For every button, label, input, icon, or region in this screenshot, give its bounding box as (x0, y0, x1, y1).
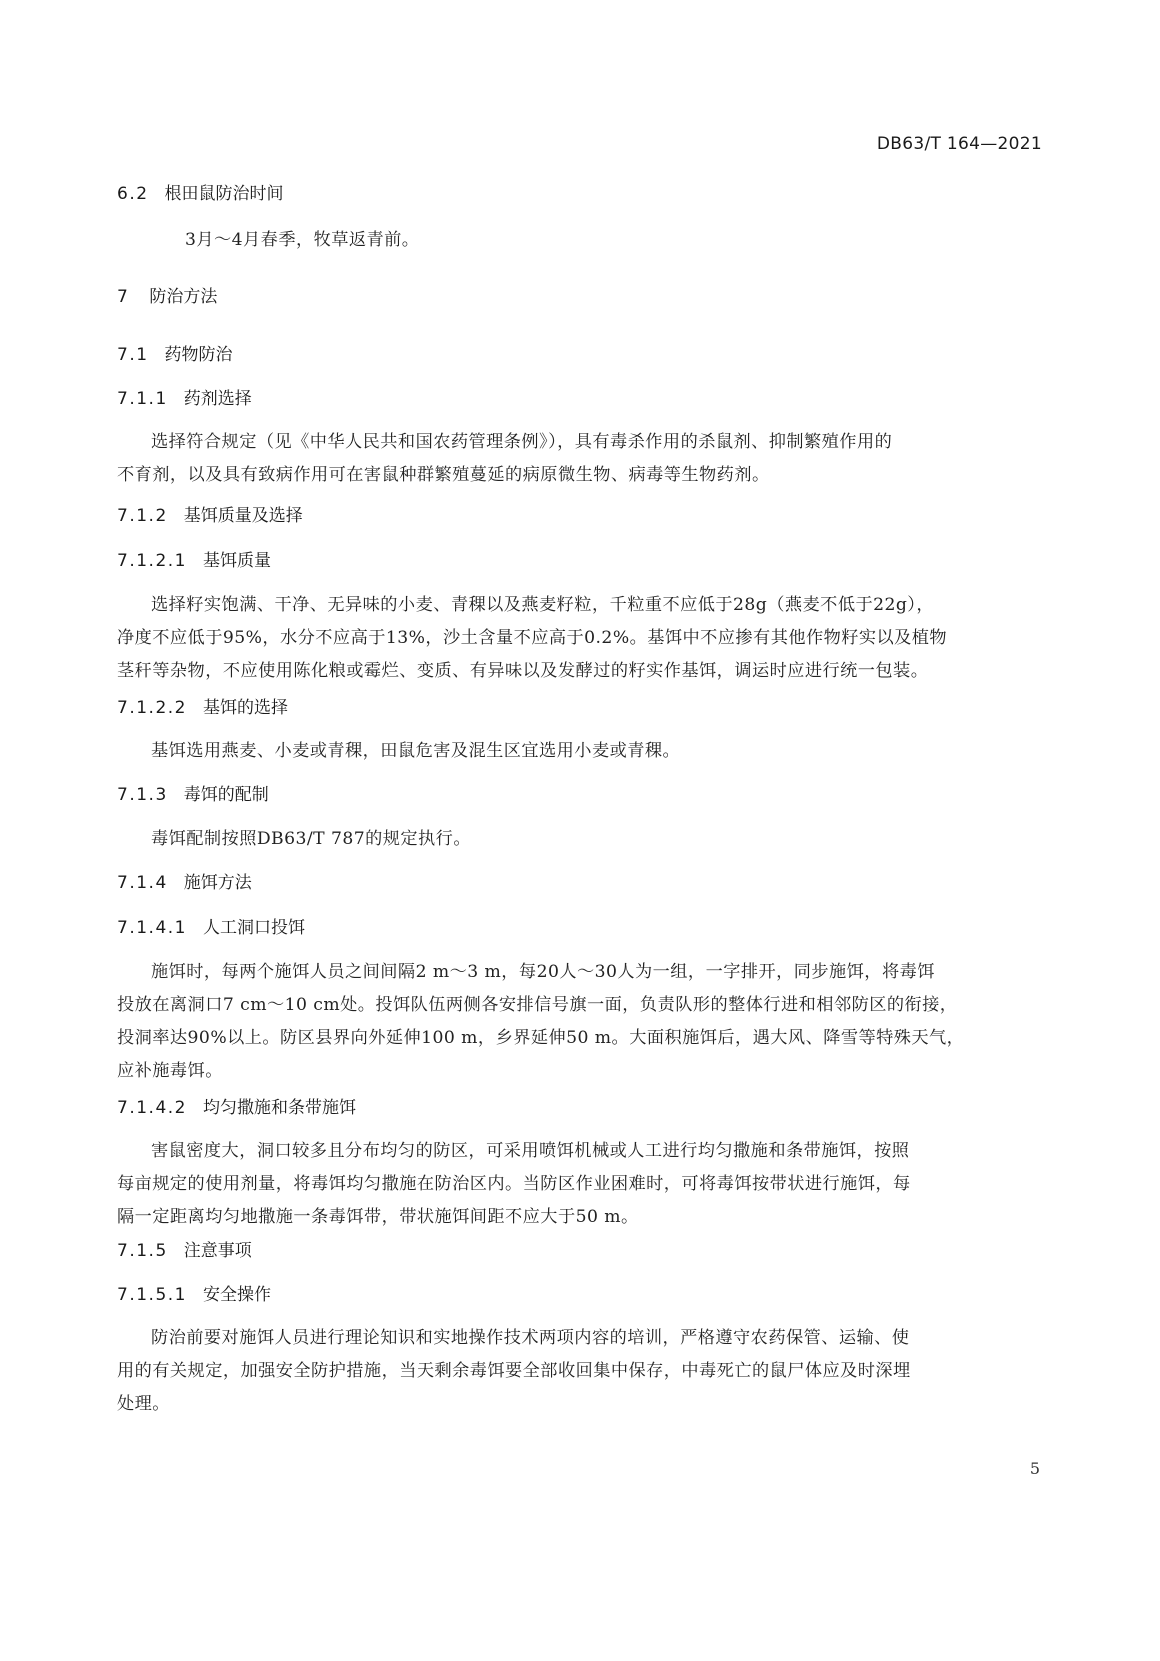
section-7-1-5-1: 7.1.5.1安全操作 (117, 1283, 1043, 1307)
section-title: 毒饵的配制 (184, 785, 269, 805)
section-7-1-4-2-paragraph: 害鼠密度大，洞口较多且分布均匀的防区，可采用喷饵机械或人工进行均匀撒施和条带施饵… (117, 1135, 1043, 1234)
paragraph-line: 净度不应低于95%，水分不应高于13%，沙土含量不应高于0.2%。基饵中不应掺有… (117, 622, 1043, 655)
section-heading: 7.1药物防治 (117, 343, 1043, 367)
paragraph-line: 用的有关规定，加强安全防护措施，当天剩余毒饵要全部收回集中保存，中毒死亡的鼠尸体… (117, 1355, 1043, 1388)
section-7-1-5-1-paragraph: 防治前要对施饵人员进行理论知识和实地操作技术两项内容的培训，严格遵守农药保管、运… (117, 1322, 1043, 1421)
paragraph-line: 基饵选用燕麦、小麦或青稞，田鼠危害及混生区宜选用小麦或青稞。 (117, 735, 1043, 768)
section-7-1-4-1-paragraph: 施饵时，每两个施饵人员之间间隔2 m～3 m，每20人～30人为一组，一字排开，… (117, 956, 1043, 1088)
section-7-1-3: 7.1.3毒饵的配制 (117, 783, 1043, 807)
section-7-1-4-1: 7.1.4.1人工洞口投饵 (117, 916, 1043, 940)
paragraph-line: 选择符合规定（见《中华人民共和国农药管理条例》），具有毒杀作用的杀鼠剂、抑制繁殖… (117, 426, 1043, 459)
section-number: 6.2 (117, 182, 149, 206)
section-heading: 7.1.2基饵质量及选择 (117, 504, 1043, 528)
paragraph-line: 投洞率达90%以上。防区县界向外延伸100 m，乡界延伸50 m。大面积施饵后，… (117, 1022, 1043, 1055)
section-number: 7.1.4 (117, 871, 168, 895)
section-number: 7.1.2.2 (117, 696, 187, 720)
section-7-1-2: 7.1.2基饵质量及选择 (117, 504, 1043, 528)
section-title: 药物防治 (165, 345, 233, 365)
section-heading: 7.1.3毒饵的配制 (117, 783, 1043, 807)
section-title: 均匀撒施和条带施饵 (203, 1098, 356, 1118)
section-title: 防治方法 (149, 287, 217, 307)
section-heading: 7.1.4.2均匀撒施和条带施饵 (117, 1096, 1043, 1120)
section-number: 7.1.2.1 (117, 549, 187, 573)
section-title: 人工洞口投饵 (203, 918, 305, 938)
section-7: 7防治方法 (117, 285, 1043, 309)
section-6-2-paragraph: 3月～4月春季，牧草返青前。 (117, 224, 1043, 257)
section-7-1-2-1-paragraph: 选择籽实饱满、干净、无异味的小麦、青稞以及燕麦籽粒，千粒重不应低于28g（燕麦不… (117, 589, 1043, 688)
section-number: 7.1.1 (117, 387, 168, 411)
paragraph-line: 茎秆等杂物，不应使用陈化粮或霉烂、变质、有异味以及发酵过的籽实作基饵，调运时应进… (117, 655, 1043, 688)
section-number: 7.1.2 (117, 504, 168, 528)
section-title: 药剂选择 (184, 389, 252, 409)
paragraph-line: 防治前要对施饵人员进行理论知识和实地操作技术两项内容的培训，严格遵守农药保管、运… (117, 1322, 1043, 1355)
section-number: 7.1.5.1 (117, 1283, 187, 1307)
paragraph-line: 毒饵配制按照DB63/T 787的规定执行。 (117, 823, 1043, 856)
section-title: 安全操作 (203, 1285, 271, 1305)
section-number: 7.1.5 (117, 1239, 168, 1263)
section-7-1: 7.1药物防治 (117, 343, 1043, 367)
section-7-1-2-1: 7.1.2.1基饵质量 (117, 549, 1043, 573)
section-heading: 7防治方法 (117, 285, 1043, 309)
paragraph-line: 投放在离洞口7 cm～10 cm处。投饵队伍两侧各安排信号旗一面，负责队形的整体… (117, 989, 1043, 1022)
section-7-1-4-2: 7.1.4.2均匀撒施和条带施饵 (117, 1096, 1043, 1120)
section-title: 施饵方法 (184, 873, 252, 893)
section-number: 7.1.4.2 (117, 1096, 187, 1120)
document-code-header: DB63/T 164—2021 (877, 134, 1042, 154)
section-title: 根田鼠防治时间 (165, 184, 284, 204)
paragraph-line: 处理。 (117, 1388, 1043, 1421)
section-heading: 7.1.5注意事项 (117, 1239, 1043, 1263)
paragraph-line: 应补施毒饵。 (117, 1055, 1043, 1088)
section-7-1-4: 7.1.4施饵方法 (117, 871, 1043, 895)
section-7-1-5: 7.1.5注意事项 (117, 1239, 1043, 1263)
paragraph-line: 每亩规定的使用剂量，将毒饵均匀撒施在防治区内。当防区作业困难时，可将毒饵按带状进… (117, 1168, 1043, 1201)
paragraph-line: 3月～4月春季，牧草返青前。 (117, 224, 1043, 257)
section-7-1-3-paragraph: 毒饵配制按照DB63/T 787的规定执行。 (117, 823, 1043, 856)
section-heading: 7.1.2.1基饵质量 (117, 549, 1043, 573)
page-number: 5 (1030, 1459, 1040, 1478)
section-title: 基饵质量及选择 (184, 506, 303, 526)
section-heading: 7.1.4施饵方法 (117, 871, 1043, 895)
paragraph-line: 施饵时，每两个施饵人员之间间隔2 m～3 m，每20人～30人为一组，一字排开，… (117, 956, 1043, 989)
section-heading: 6.2根田鼠防治时间 (117, 182, 1043, 206)
section-6-2: 6.2根田鼠防治时间 (117, 182, 1043, 206)
section-number: 7.1 (117, 343, 149, 367)
paragraph-line: 隔一定距离均匀地撒施一条毒饵带，带状施饵间距不应大于50 m。 (117, 1201, 1043, 1234)
section-heading: 7.1.2.2基饵的选择 (117, 696, 1043, 720)
section-7-1-1: 7.1.1药剂选择 (117, 387, 1043, 411)
section-title: 基饵的选择 (203, 698, 288, 718)
section-number: 7 (117, 285, 129, 309)
section-heading: 7.1.5.1安全操作 (117, 1283, 1043, 1307)
section-7-1-2-2-paragraph: 基饵选用燕麦、小麦或青稞，田鼠危害及混生区宜选用小麦或青稞。 (117, 735, 1043, 768)
section-number: 7.1.4.1 (117, 916, 187, 940)
section-7-1-1-paragraph: 选择符合规定（见《中华人民共和国农药管理条例》），具有毒杀作用的杀鼠剂、抑制繁殖… (117, 426, 1043, 492)
section-7-1-2-2: 7.1.2.2基饵的选择 (117, 696, 1043, 720)
section-heading: 7.1.1药剂选择 (117, 387, 1043, 411)
paragraph-line: 不育剂，以及具有致病作用可在害鼠种群繁殖蔓延的病原微生物、病毒等生物药剂。 (117, 459, 1043, 492)
paragraph-line: 害鼠密度大，洞口较多且分布均匀的防区，可采用喷饵机械或人工进行均匀撒施和条带施饵… (117, 1135, 1043, 1168)
section-title: 基饵质量 (203, 551, 271, 571)
section-heading: 7.1.4.1人工洞口投饵 (117, 916, 1043, 940)
section-title: 注意事项 (184, 1241, 252, 1261)
section-number: 7.1.3 (117, 783, 168, 807)
paragraph-line: 选择籽实饱满、干净、无异味的小麦、青稞以及燕麦籽粒，千粒重不应低于28g（燕麦不… (117, 589, 1043, 622)
